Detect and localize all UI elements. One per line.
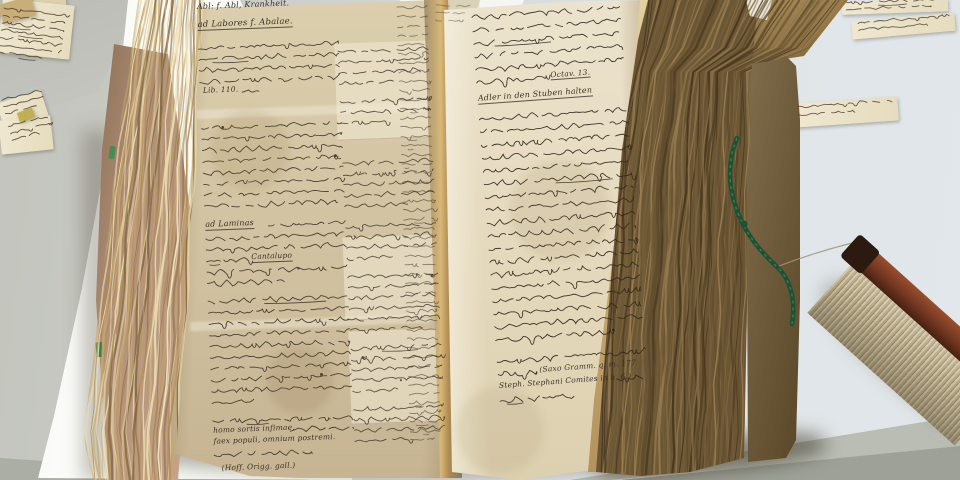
- parchment-stain: [510, 160, 610, 260]
- parchment-stain: [266, 346, 334, 414]
- parchment-stain: [456, 386, 544, 474]
- handwriting-fragment: ad Laminas: [205, 219, 254, 231]
- handwriting-fragment: Cantalupo: [251, 252, 292, 263]
- parchment-stain: [210, 110, 290, 190]
- frayed-page-edges: [83, 0, 203, 480]
- photo-scene: Abl: f. Abl, Krankheit.ad Labores f. Aba…: [0, 0, 960, 480]
- handwriting-fragment: Lib. 110.: [203, 85, 239, 94]
